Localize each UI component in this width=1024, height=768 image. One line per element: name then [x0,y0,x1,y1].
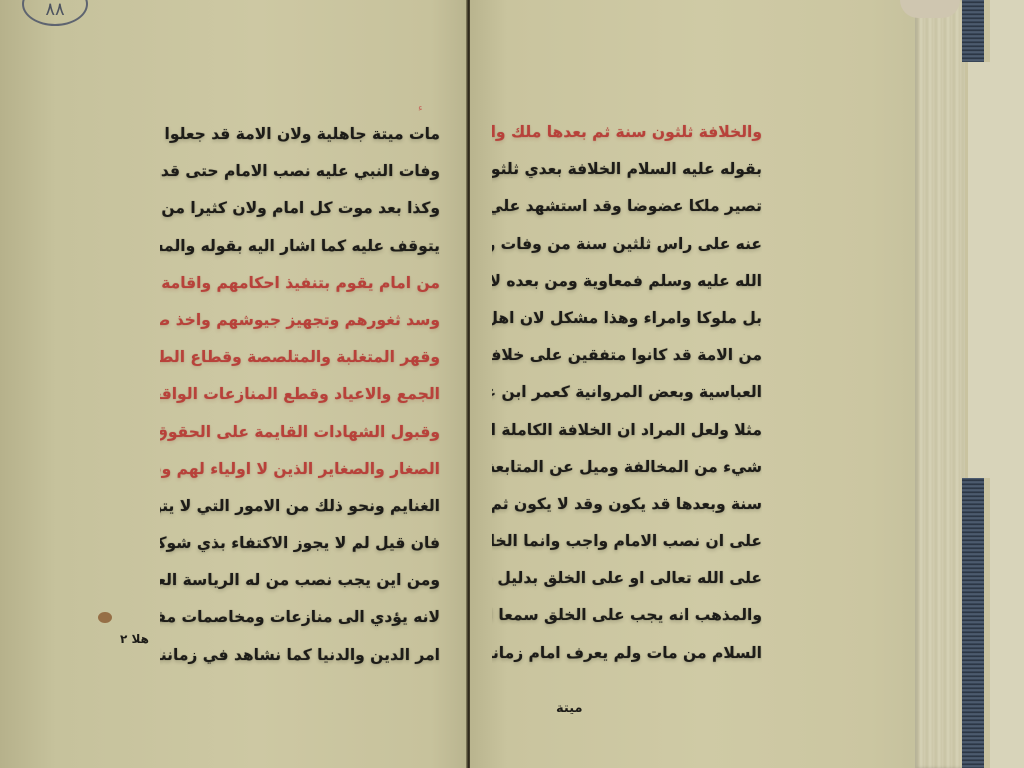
text-line: السلام من مات ولم يعرف امام زمانه فقد ما… [492,635,762,672]
text-line: امر الدين والدنيا كما نشاهد في زماننا فا… [160,637,440,674]
catchword: ميتة [556,701,583,716]
backdrop [990,0,1024,768]
rubric-line: الجمع والاعياد وقطع المنازعات الواقعة بي… [160,376,440,413]
text-line: يتوقف عليه كما اشار اليه بقوله والمسلمون… [160,228,440,265]
binding-cover-top [962,0,984,62]
text-line: ومن اين يجب نصب من له الرياسة العامة قلن… [160,562,440,599]
text-line: الله عليه وسلم فمعاوية ومن بعده لا يكونو… [492,263,762,300]
text-line: مثلا ولعل المراد ان الخلافة الكاملة التي… [492,412,762,449]
text-line: على الله تعالى او على الخلق بدليل سمعي ا… [492,560,762,597]
binding-cover-bottom [962,478,984,768]
text-line: بقوله عليه السلام الخلافة بعدي ثلثون سنة… [492,151,762,188]
text-line: بل ملوكا وامراء وهذا مشكل لان اهل الحل و… [492,300,762,337]
rubric-line: من امام يقوم بتنفيذ احكامهم واقامة حدوده… [160,265,440,302]
text-line: مات ميتة جاهلية ولان الامة قد جعلوا اهم … [160,116,440,153]
text-line: العباسية وبعض المروانية كعمر ابن عبد الع… [492,374,762,411]
text-line: شيء من المخالفة وميل عن المتابعة يكون ثل… [492,449,762,486]
page-edges [915,0,965,768]
rubric-line: والخلافة ثلثون سنة ثم بعدها ملك وامارة [492,114,762,151]
ink-stain [98,612,112,623]
repair-tape [968,62,992,478]
rubric-line: وسد ثغورهم وتجهيز جيوشهم واخذ صدقاتهم [160,302,440,339]
folio-number-stamp: ٨٨ [22,0,88,26]
text-line: سنة وبعدها قد يكون وقد لا يكون ثم الاجما… [492,486,762,523]
text-line: الغنايم ونحو ذلك من الامور التي لا يتولا… [160,488,440,525]
text-line: وكذا بعد موت كل امام ولان كثيرا من الواج… [160,190,440,227]
text-line: والمذهب انه يجب على الخلق سمعا لقوله علي… [492,597,762,634]
margin-note: هلا ٢ [120,632,149,646]
rubric-line: وقهر المتغلبة والمتلصصة وقطاع الطريق واق… [160,339,440,376]
right-page-text: والخلافة ثلثون سنة ثم بعدها ملك وامارة ب… [492,114,762,672]
text-line: على ان نصب الامام واجب وانما الخلاف في ا… [492,523,762,560]
text-line: عنه على راس ثلثين سنة من وفات رسول الله … [492,226,762,263]
left-page-text: مات ميتة جاهلية ولان الامة قد جعلوا اهم … [160,116,440,674]
text-line: فان قيل لم لا يجوز الاكتفاء بذي شوكة في … [160,525,440,562]
holding-thumb [900,0,960,18]
rubric-line: الصغار والصغاير الذين لا اولياء لهم وقسم… [160,451,440,488]
text-line: وفات النبي عليه نصب الامام حتى قدموه على… [160,153,440,190]
marginal-mark: ء [418,103,423,114]
text-line: من الامة قد كانوا متفقين على خلافة الخلف… [492,337,762,374]
rubric-line: وقبول الشهادات القايمة على الحقوق وتزويج [160,414,440,451]
manuscript-spread: ٨٨ ء مات ميتة جاهلية ولان الامة قد جعلوا… [0,0,1024,768]
text-line: تصير ملكا عضوضا وقد استشهد علي رضي الله [492,188,762,225]
text-line: لانه يؤدي الى منازعات ومخاصمات مفضية الى… [160,599,440,636]
